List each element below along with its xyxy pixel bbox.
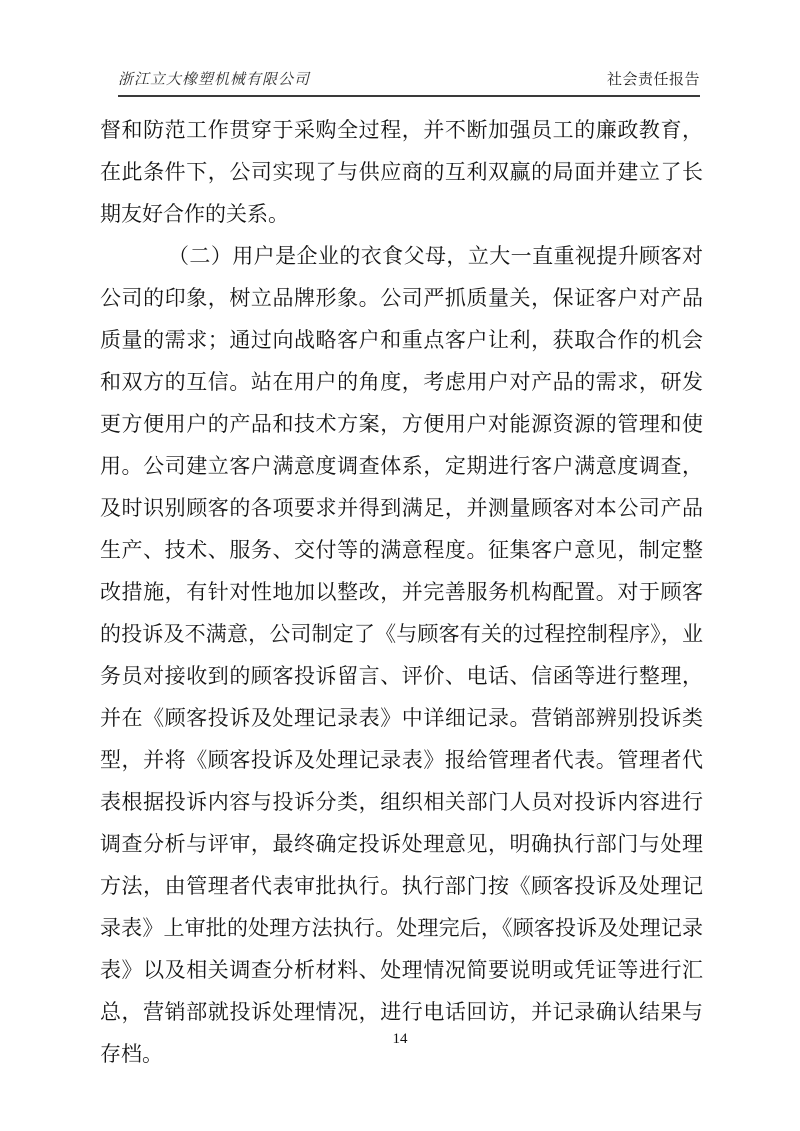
header-company-name: 浙江立大橡塑机械有限公司 bbox=[118, 70, 310, 90]
page-footer: 14 bbox=[0, 1031, 800, 1048]
paragraph: 督和防范工作贯穿于采购全过程，并不断加强员工的廉政教育，在此条件下，公司实现了与… bbox=[100, 109, 703, 235]
page-header: 浙江立大橡塑机械有限公司 社会责任报告 bbox=[118, 70, 700, 97]
document-body: 督和防范工作贯穿于采购全过程，并不断加强员工的廉政教育，在此条件下，公司实现了与… bbox=[100, 109, 703, 1075]
page-number: 14 bbox=[393, 1031, 408, 1047]
paragraph: （二）用户是企业的衣食父母，立大一直重视提升顾客对公司的印象，树立品牌形象。公司… bbox=[100, 235, 703, 1075]
header-report-title: 社会责任报告 bbox=[607, 70, 700, 90]
document-page: 浙江立大橡塑机械有限公司 社会责任报告 督和防范工作贯穿于采购全过程，并不断加强… bbox=[0, 0, 800, 1131]
